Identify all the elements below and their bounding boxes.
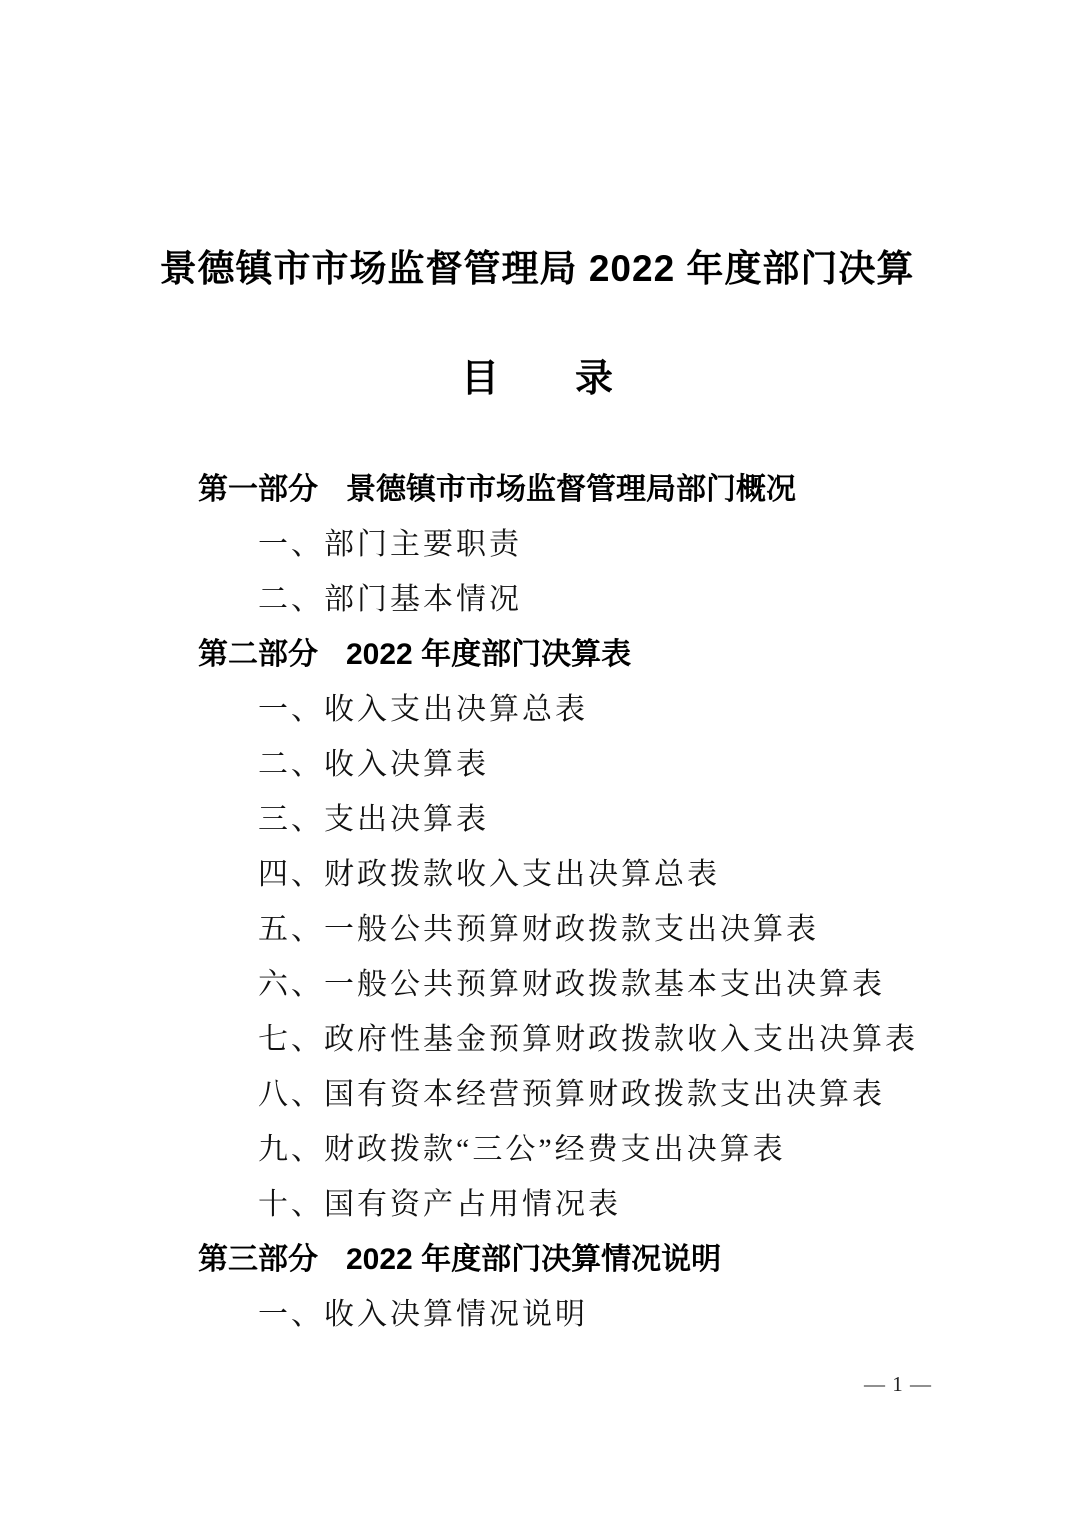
toc-item: 一、收入决算情况说明: [0, 1287, 1074, 1342]
toc-section-label: 第一部分: [198, 473, 318, 506]
page-number: — 1 —: [864, 1372, 932, 1397]
toc-heading: 目 录: [0, 359, 1074, 401]
toc-item: 五、一般公共预算财政拨款支出决算表: [0, 902, 1074, 957]
toc-section-label: 第二部分: [198, 638, 318, 671]
toc-item: 四、财政拨款收入支出决算总表: [0, 847, 1074, 902]
document-title: 景德镇市市场监督管理局 2022 年度部门决算: [0, 248, 1074, 291]
toc-item: 二、收入决算表: [0, 737, 1074, 792]
table-of-contents: 第一部分景德镇市市场监督管理局部门概况一、部门主要职责二、部门基本情况第二部分2…: [0, 462, 1074, 1342]
toc-item: 一、部门主要职责: [0, 517, 1074, 572]
toc-item: 一、收入支出决算总表: [0, 682, 1074, 737]
toc-section-heading: 第二部分2022 年度部门决算表: [0, 627, 1074, 682]
toc-section-heading: 第三部分2022 年度部门决算情况说明: [0, 1232, 1074, 1287]
toc-item: 六、一般公共预算财政拨款基本支出决算表: [0, 957, 1074, 1012]
toc-item: 八、国有资本经营预算财政拨款支出决算表: [0, 1067, 1074, 1122]
toc-section-title: 2022 年度部门决算情况说明: [346, 1243, 721, 1276]
toc-item: 三、支出决算表: [0, 792, 1074, 847]
toc-section-label: 第三部分: [198, 1243, 318, 1276]
document-page: 景德镇市市场监督管理局 2022 年度部门决算 目 录 第一部分景德镇市市场监督…: [0, 0, 1074, 1520]
toc-section-title: 景德镇市市场监督管理局部门概况: [346, 473, 796, 506]
toc-item: 七、政府性基金预算财政拨款收入支出决算表: [0, 1012, 1074, 1067]
toc-section-title: 2022 年度部门决算表: [346, 638, 631, 671]
toc-item: 二、部门基本情况: [0, 572, 1074, 627]
toc-item: 十、国有资产占用情况表: [0, 1177, 1074, 1232]
toc-section-heading: 第一部分景德镇市市场监督管理局部门概况: [0, 462, 1074, 517]
toc-item: 九、财政拨款“三公”经费支出决算表: [0, 1122, 1074, 1177]
